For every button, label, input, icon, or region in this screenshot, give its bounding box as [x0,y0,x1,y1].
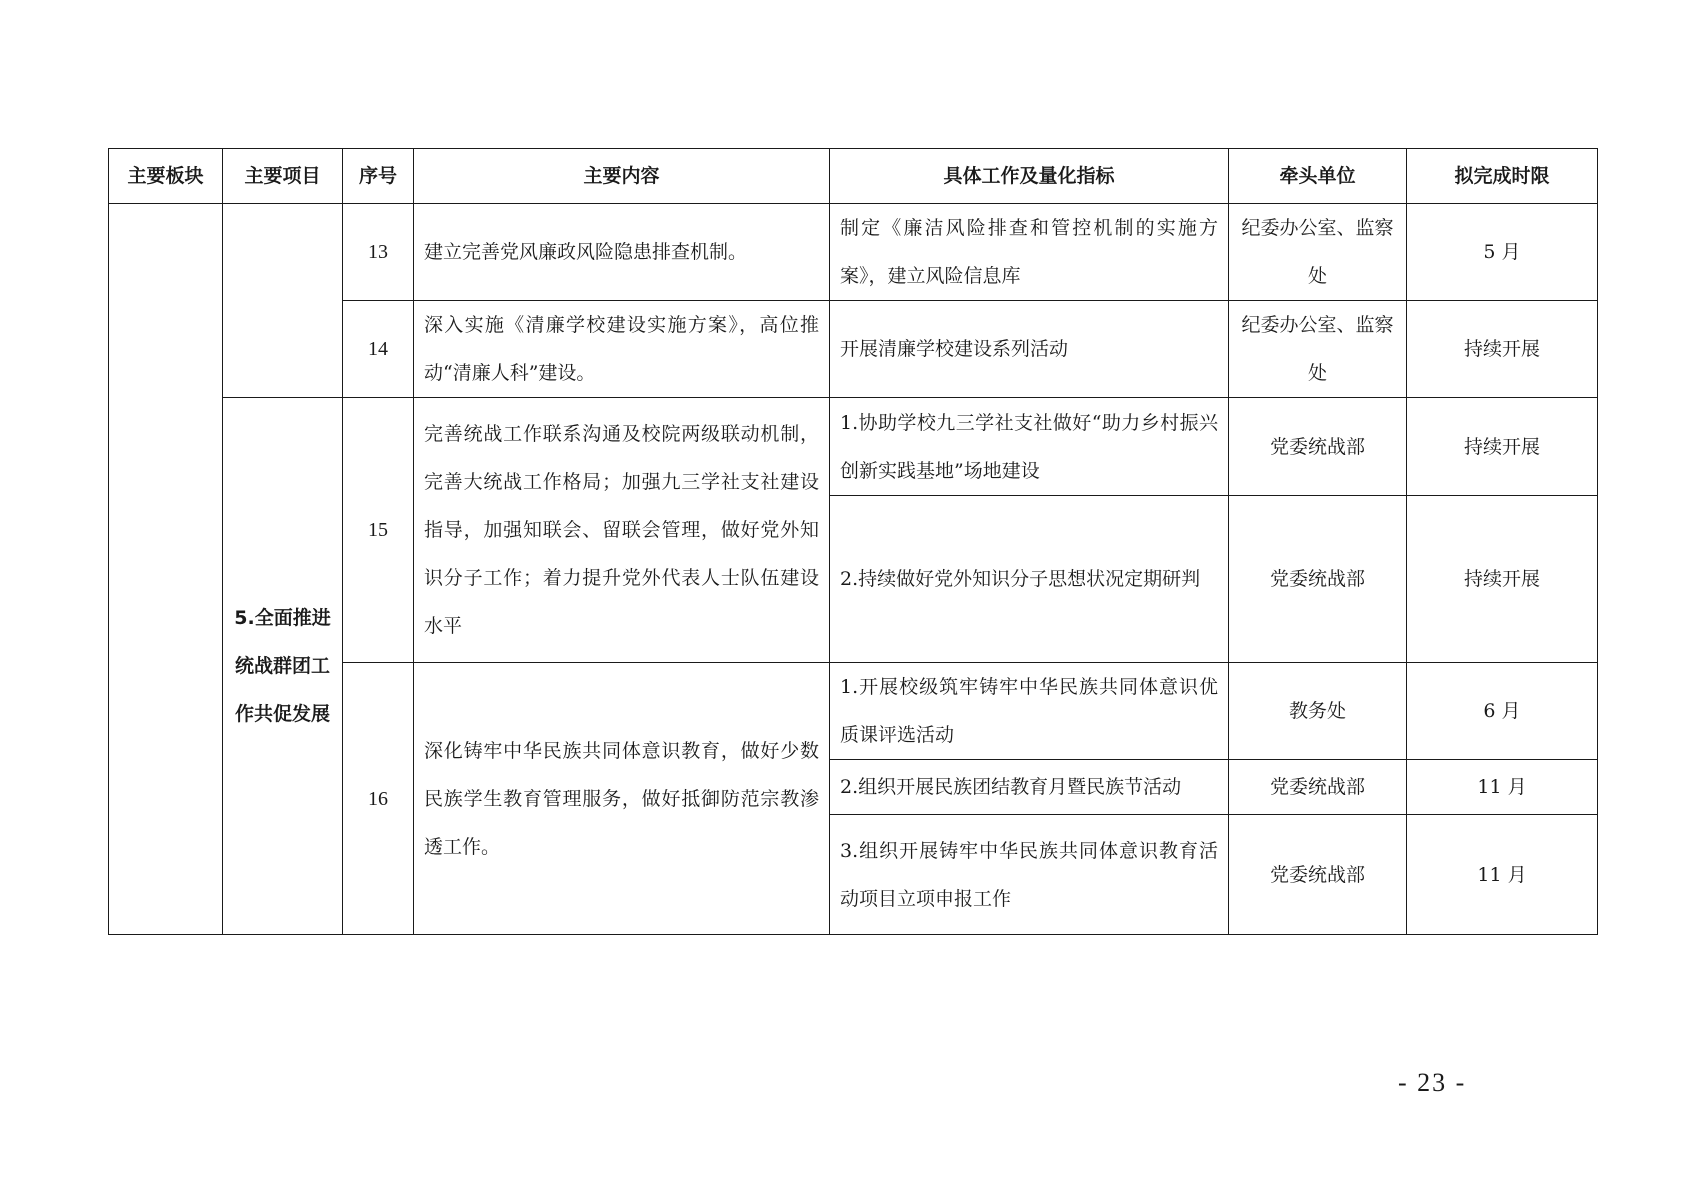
header-board: 主要板块 [109,149,223,204]
project-cell [223,204,343,398]
seq-cell: 13 [343,204,414,301]
deadline-cell: 持续开展 [1407,301,1598,398]
deadline-cell: 11 月 [1407,760,1598,815]
task-cell: 1.协助学校九三学社支社做好“助力乡村振兴创新实践基地”场地建设 [830,398,1229,496]
work-plan-table: 主要板块 主要项目 序号 主要内容 具体工作及量化指标 牵头单位 拟完成时限 1… [108,148,1598,935]
lead-unit-cell: 纪委办公室、监察处 [1229,204,1407,301]
task-cell: 2.组织开展民族团结教育月暨民族节活动 [830,760,1229,815]
deadline-cell: 持续开展 [1407,398,1598,496]
table-row: 5.全面推进统战群团工作共促发展 15 完善统战工作联系沟通及校院两级联动机制，… [109,398,1598,496]
seq-cell: 16 [343,663,414,935]
content-cell: 建立完善党风廉政风险隐患排查机制。 [414,204,830,301]
seq-cell: 14 [343,301,414,398]
deadline-cell: 11 月 [1407,815,1598,935]
seq-cell: 15 [343,398,414,663]
deadline-cell: 5 月 [1407,204,1598,301]
page-number: - 23 - [1398,1068,1466,1098]
header-seq: 序号 [343,149,414,204]
task-cell: 3.组织开展铸牢中华民族共同体意识教育活动项目立项申报工作 [830,815,1229,935]
content-cell: 完善统战工作联系沟通及校院两级联动机制，完善大统战工作格局；加强九三学社支社建设… [414,398,830,663]
header-project: 主要项目 [223,149,343,204]
lead-unit-cell: 党委统战部 [1229,815,1407,935]
lead-unit-cell: 教务处 [1229,663,1407,760]
header-lead-unit: 牵头单位 [1229,149,1407,204]
header-content: 主要内容 [414,149,830,204]
task-cell: 开展清廉学校建设系列活动 [830,301,1229,398]
task-cell: 2.持续做好党外知识分子思想状况定期研判 [830,496,1229,663]
lead-unit-cell: 党委统战部 [1229,398,1407,496]
task-cell: 1.开展校级筑牢铸牢中华民族共同体意识优质课评选活动 [830,663,1229,760]
table-row: 13 建立完善党风廉政风险隐患排查机制。 制定《廉洁风险排查和管控机制的实施方案… [109,204,1598,301]
project-cell: 5.全面推进统战群团工作共促发展 [223,398,343,935]
content-cell: 深化铸牢中华民族共同体意识教育，做好少数民族学生教育管理服务，做好抵御防范宗教渗… [414,663,830,935]
table-header-row: 主要板块 主要项目 序号 主要内容 具体工作及量化指标 牵头单位 拟完成时限 [109,149,1598,204]
lead-unit-cell: 纪委办公室、监察处 [1229,301,1407,398]
lead-unit-cell: 党委统战部 [1229,760,1407,815]
deadline-cell: 6 月 [1407,663,1598,760]
header-tasks: 具体工作及量化指标 [830,149,1229,204]
header-deadline: 拟完成时限 [1407,149,1598,204]
task-cell: 制定《廉洁风险排查和管控机制的实施方案》，建立风险信息库 [830,204,1229,301]
board-cell [109,204,223,935]
content-cell: 深入实施《清廉学校建设实施方案》，高位推动“清廉人科”建设。 [414,301,830,398]
deadline-cell: 持续开展 [1407,496,1598,663]
lead-unit-cell: 党委统战部 [1229,496,1407,663]
